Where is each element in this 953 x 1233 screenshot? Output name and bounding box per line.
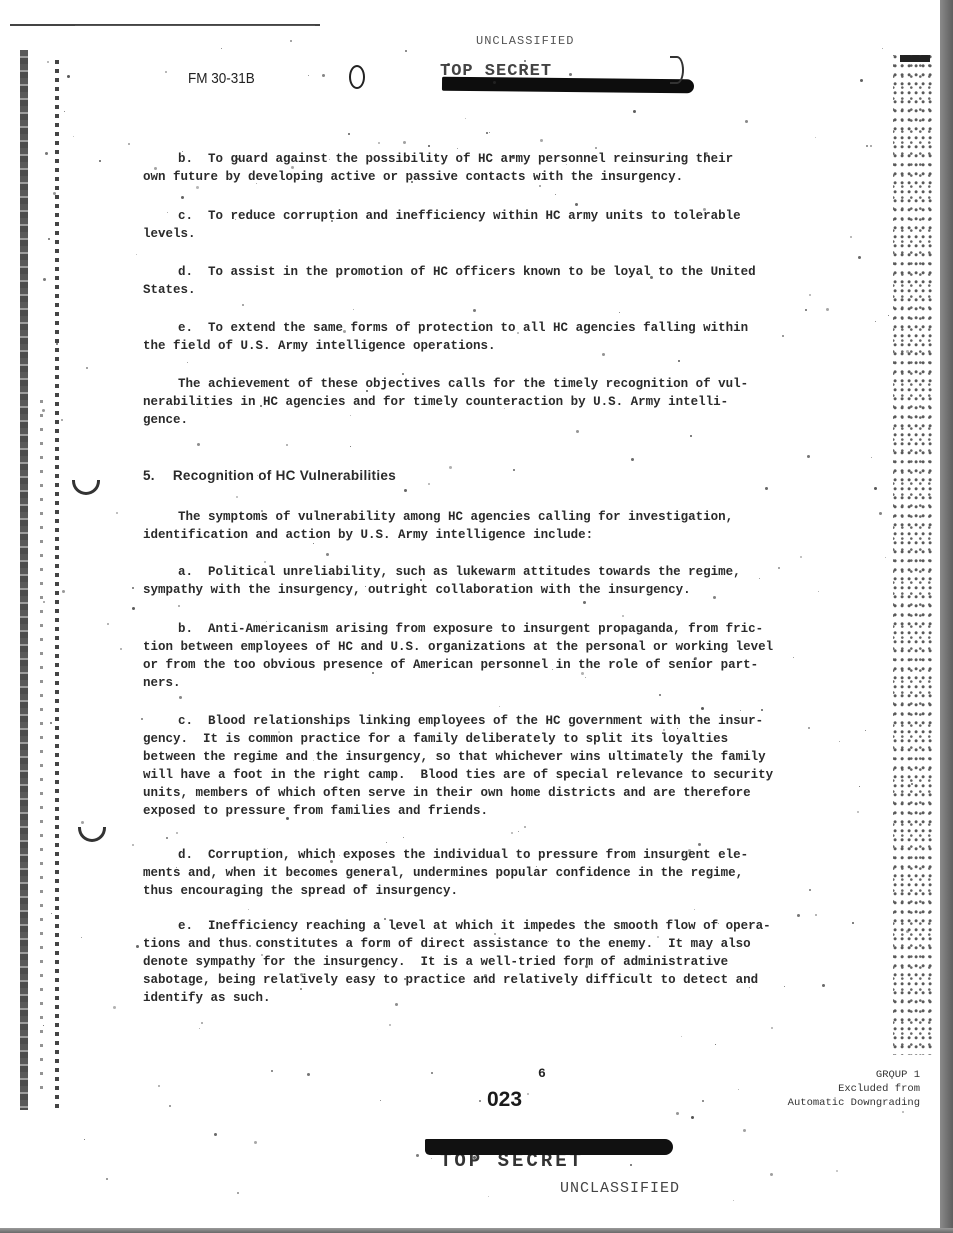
circle-mark bbox=[349, 65, 365, 89]
vulnerability-d: d. Corruption, which exposes the individ… bbox=[143, 846, 903, 900]
text-line: ments and, when it becomes general, unde… bbox=[143, 864, 903, 882]
top-rule-secondary bbox=[75, 25, 315, 26]
text-line: ners. bbox=[143, 674, 903, 692]
text-line: will have a foot in the right camp. Bloo… bbox=[143, 766, 903, 784]
text-line: States. bbox=[143, 281, 903, 299]
binding-perforation-secondary bbox=[40, 400, 43, 1100]
text-line: units, members of which often serve in t… bbox=[143, 784, 903, 802]
text-line: or from the too obvious presence of Amer… bbox=[143, 656, 903, 674]
binder-hole-mark bbox=[72, 480, 100, 495]
text-line: The symptoms of vulnerability among HC a… bbox=[143, 508, 903, 526]
vulnerability-b: b. Anti-Americanism arising from exposur… bbox=[143, 620, 903, 692]
section-title: Recognition of HC Vulnerabilities bbox=[173, 468, 396, 483]
objective-c: c. To reduce corruption and inefficiency… bbox=[143, 207, 903, 243]
redaction-bar-bottom bbox=[425, 1139, 673, 1155]
section-intro: The symptoms of vulnerability among HC a… bbox=[143, 508, 903, 544]
paren-mark bbox=[670, 56, 684, 84]
objective-d: d. To assist in the promotion of HC offi… bbox=[143, 263, 903, 299]
scanner-edge-bottom bbox=[0, 1228, 953, 1233]
text-line: b. Anti-Americanism arising from exposur… bbox=[143, 620, 903, 638]
text-line: gence. bbox=[143, 411, 903, 429]
text-line: own future by developing active or passi… bbox=[143, 168, 903, 186]
text-line: sabotage, being relatively easy to pract… bbox=[143, 971, 903, 989]
text-line: between the regime and the insurgency, s… bbox=[143, 748, 903, 766]
text-line: thus encouraging the spread of insurgenc… bbox=[143, 882, 903, 900]
scanned-page: UNCLASSIFIED FM 30-31B TOP SECRET b. To … bbox=[0, 0, 940, 1228]
binding-perforation bbox=[55, 60, 59, 1110]
binding-edge-shadow bbox=[20, 50, 28, 1110]
text-line: tion between employees of HC and U.S. or… bbox=[143, 638, 903, 656]
group-stamp-line: Automatic Downgrading bbox=[760, 1096, 920, 1110]
text-line: b. To guard against the possibility of H… bbox=[143, 150, 903, 168]
document-number: 023 bbox=[487, 1088, 522, 1112]
text-line: denote sympathy for the insurgency. It i… bbox=[143, 953, 903, 971]
section-number: 5. bbox=[143, 468, 155, 483]
objective-e: e. To extend the same forms of protectio… bbox=[143, 319, 903, 355]
vulnerability-a: a. Political unreliability, such as luke… bbox=[143, 563, 903, 599]
text-line: The achievement of these objectives call… bbox=[143, 375, 903, 393]
text-line: nerabilities in HC agencies and for time… bbox=[143, 393, 903, 411]
group-stamp: GROUP 1 Excluded from Automatic Downgrad… bbox=[760, 1068, 920, 1110]
text-line: d. To assist in the promotion of HC offi… bbox=[143, 263, 903, 281]
objectives-summary: The achievement of these objectives call… bbox=[143, 375, 903, 429]
scanner-edge-right bbox=[940, 0, 953, 1233]
text-line: gency. It is common practice for a famil… bbox=[143, 730, 903, 748]
text-line: e. Inefficiency reaching a level at whic… bbox=[143, 917, 903, 935]
vulnerability-c: c. Blood relationships linking employees… bbox=[143, 712, 903, 820]
text-line: c. To reduce corruption and inefficiency… bbox=[143, 207, 903, 225]
classification-stamp-top: UNCLASSIFIED bbox=[476, 34, 574, 48]
text-line: levels. bbox=[143, 225, 903, 243]
text-line: tions and thus constitutes a form of dir… bbox=[143, 935, 903, 953]
page-number: 6 bbox=[538, 1066, 546, 1081]
redaction-bar-top bbox=[442, 77, 694, 94]
text-line: the field of U.S. Army intelligence oper… bbox=[143, 337, 903, 355]
text-line: identify as such. bbox=[143, 989, 903, 1007]
objective-b: b. To guard against the possibility of H… bbox=[143, 150, 903, 186]
text-line: exposed to pressure from families and fr… bbox=[143, 802, 903, 820]
right-edge-noise bbox=[893, 55, 935, 1055]
vulnerability-e: e. Inefficiency reaching a level at whic… bbox=[143, 917, 903, 1007]
group-stamp-line: Excluded from bbox=[760, 1082, 920, 1096]
text-line: c. Blood relationships linking employees… bbox=[143, 712, 903, 730]
text-line: identification and action by U.S. Army i… bbox=[143, 526, 903, 544]
binder-hole-mark bbox=[78, 827, 106, 842]
manual-code: FM 30-31B bbox=[188, 70, 255, 87]
section-heading: 5.Recognition of HC Vulnerabilities bbox=[143, 468, 396, 483]
text-line: a. Political unreliability, such as luke… bbox=[143, 563, 903, 581]
text-line: d. Corruption, which exposes the individ… bbox=[143, 846, 903, 864]
text-line: sympathy with the insurgency, outright c… bbox=[143, 581, 903, 599]
group-stamp-line: GROUP 1 bbox=[760, 1068, 920, 1082]
text-line: e. To extend the same forms of protectio… bbox=[143, 319, 903, 337]
classification-stamp-bottom: UNCLASSIFIED bbox=[560, 1180, 680, 1197]
